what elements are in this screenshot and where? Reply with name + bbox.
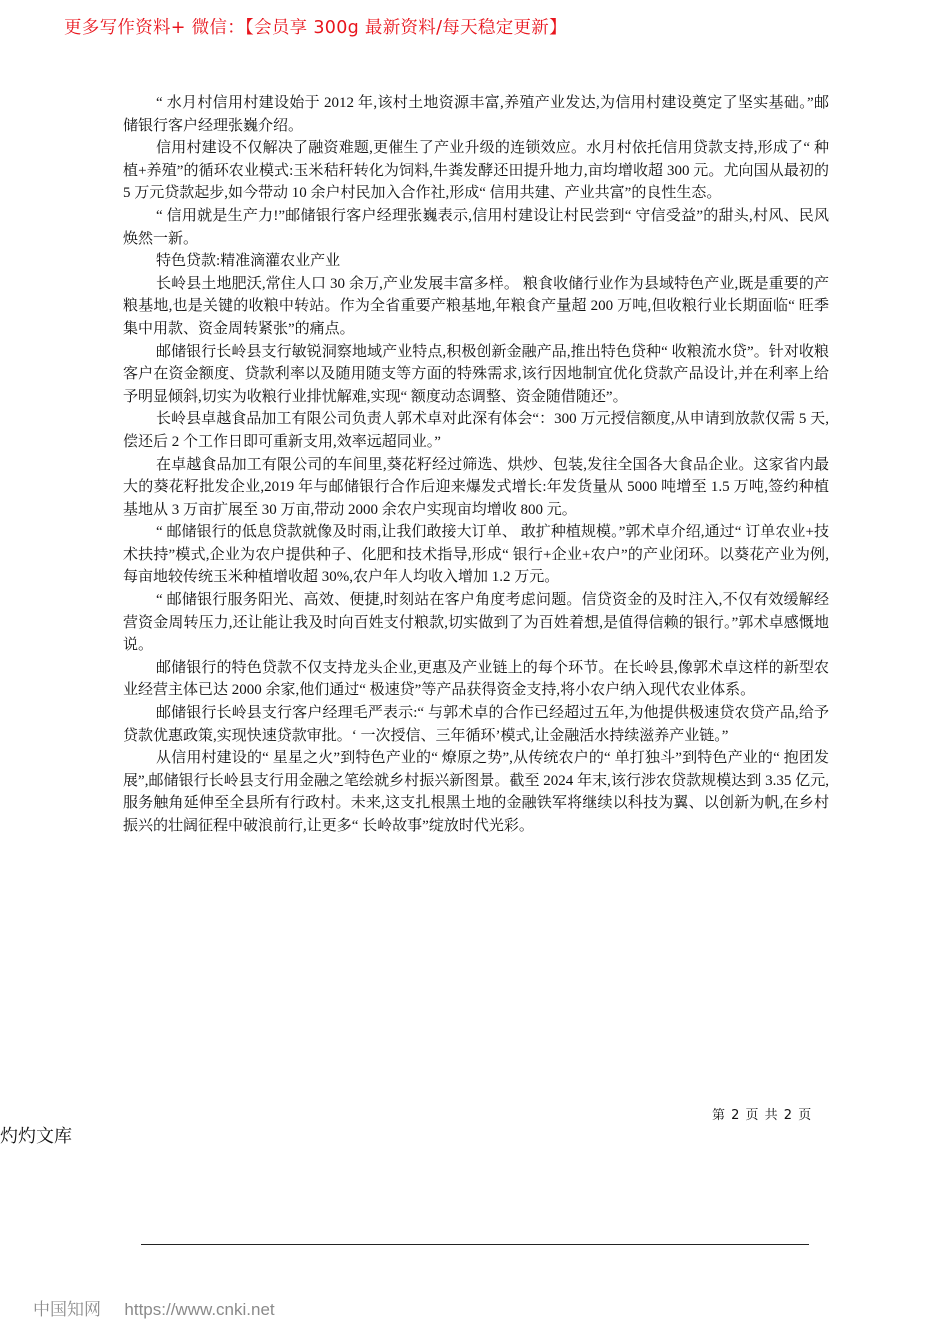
footer-divider [141, 1244, 809, 1245]
source-attribution: 中国知网 https://www.cnki.net [33, 1295, 275, 1320]
paragraph: 邮储银行的特色贷款不仅支持龙头企业,更惠及产业链上的每个环节。在长岭县,像郭术卓… [123, 657, 829, 702]
source-url-link[interactable]: https://www.cnki.net [124, 1300, 274, 1319]
paragraph: 从信用村建设的“ 星星之火”到特色产业的“ 燎原之势”,从传统农户的“ 单打独斗… [123, 747, 829, 837]
paragraph: 信用村建设不仅解决了融资难题,更催生了产业升级的连锁效应。水月村依托信用贷款支持… [123, 137, 829, 205]
paragraph: “ 水月村信用村建设始于 2012 年,该村土地资源丰富,养殖产业发达,为信用村… [123, 92, 829, 137]
paragraph: 邮储银行长岭县支行敏锐洞察地域产业特点,积极创新金融产品,推出特色贷种“ 收粮流… [123, 341, 829, 409]
paragraph: 在卓越食品加工有限公司的车间里,葵花籽经过筛选、烘炒、包装,发往全国各大食品企业… [123, 454, 829, 522]
library-name: 灼灼文库 [0, 1122, 72, 1148]
paragraph: 长岭县土地肥沃,常住人口 30 余万,产业发展丰富多样。 粮食收储行业作为县域特… [123, 273, 829, 341]
page-number: 第 2 页 共 2 页 [712, 1104, 812, 1123]
paragraph: “ 信用就是生产力!”邮储银行客户经理张巍表示,信用村建设让村民尝到“ 守信受益… [123, 205, 829, 250]
paragraph: 长岭县卓越食品加工有限公司负责人郭术卓对此深有体会“：300 万元授信额度,从申… [123, 408, 829, 453]
article-body: “ 水月村信用村建设始于 2012 年,该村土地资源丰富,养殖产业发达,为信用村… [123, 92, 829, 838]
promo-banner: 更多写作资料+ 微信：【会员享 300g 最新资料/每天稳定更新】 [64, 14, 567, 39]
source-name: 中国知网 [33, 1300, 101, 1320]
section-heading: 特色贷款:精准滴灌农业产业 [123, 250, 829, 273]
paragraph: “ 邮储银行服务阳光、高效、便捷,时刻站在客户角度考虑问题。信贷资金的及时注入,… [123, 589, 829, 657]
paragraph: “ 邮储银行的低息贷款就像及时雨,让我们敢接大订单、 敢扩种植规模。”郭术卓介绍… [123, 521, 829, 589]
paragraph: 邮储银行长岭县支行客户经理毛严表示:“ 与郭术卓的合作已经超过五年,为他提供极速… [123, 702, 829, 747]
